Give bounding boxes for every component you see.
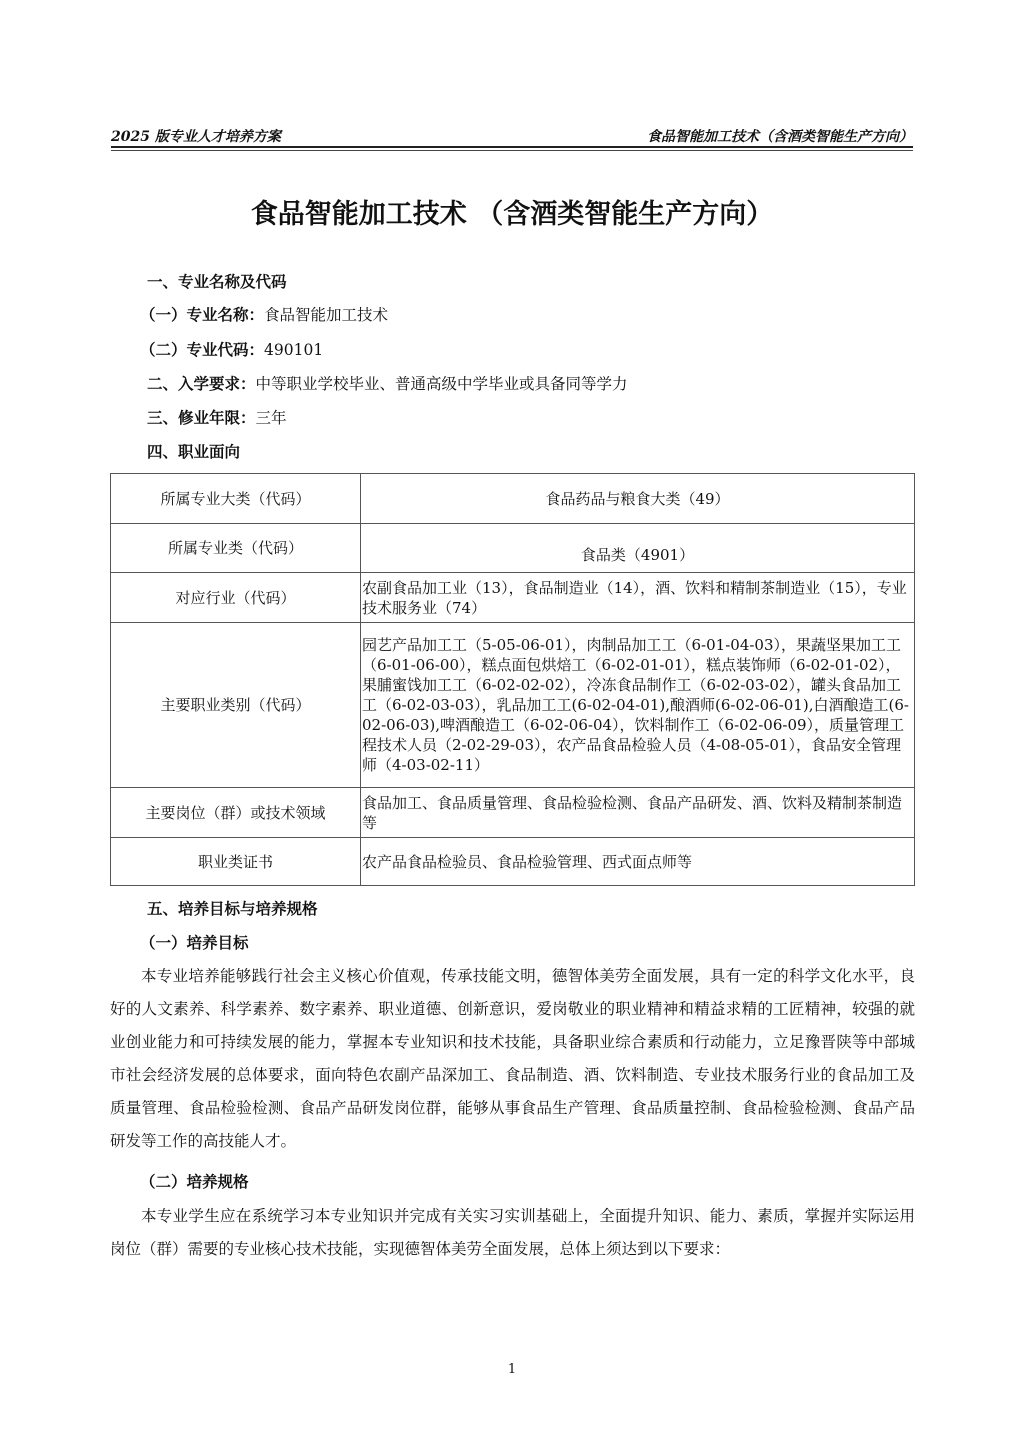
admission-line: 二、入学要求：中等职业学校毕业、普通高级中学毕业或具备同等学力 (147, 372, 628, 394)
row-value: 食品加工、食品质量管理、食品检验检测、食品产品研发、酒、饮料及精制茶制造等 (361, 788, 915, 838)
major-name-line: （一）专业名称：食品智能加工技术 (140, 303, 388, 325)
row-key: 主要岗位（群）或技术领域 (111, 788, 361, 838)
row-value: 农副食品加工业（13），食品制造业（14），酒、饮料和精制茶制造业（15），专业… (361, 573, 915, 623)
section-4-heading: 四、职业面向 (147, 440, 240, 462)
subsection-goal-heading: （一）培养目标 (140, 931, 249, 953)
section-1-heading: 一、专业名称及代码 (147, 270, 287, 292)
row-value: 食品药品与粮食大类（49） (361, 474, 915, 524)
spec-paragraph: 本专业学生应在系统学习本专业知识并完成有关实习实训基础上，全面提升知识、能力、素… (110, 1200, 915, 1266)
row-value: 食品类（4901） (361, 524, 915, 573)
table-row: 主要岗位（群）或技术领域 食品加工、食品质量管理、食品检验检测、食品产品研发、酒… (111, 788, 915, 838)
row-value: 园艺产品加工工（5-05-06-01），肉制品加工工（6-01-04-03），果… (361, 623, 915, 788)
subsection-spec-heading: （二）培养规格 (140, 1170, 249, 1192)
goal-paragraph: 本专业培养能够践行社会主义核心价值观，传承技能文明，德智体美劳全面发展，具有一定… (110, 960, 915, 1158)
row-key: 职业类证书 (111, 838, 361, 886)
row-key: 对应行业（代码） (111, 573, 361, 623)
table-row: 主要职业类别（代码） 园艺产品加工工（5-05-06-01），肉制品加工工（6-… (111, 623, 915, 788)
table-row: 所属专业类（代码） 食品类（4901） (111, 524, 915, 573)
duration-line: 三、修业年限：三年 (147, 406, 287, 428)
table-row: 所属专业大类（代码） 食品药品与粮食大类（49） (111, 474, 915, 524)
major-code-line: （二）专业代码：490101 (140, 338, 323, 360)
header-right: 食品智能加工技术（含酒类智能生产方向） (647, 126, 913, 146)
row-key: 主要职业类别（代码） (111, 623, 361, 788)
row-value: 农产品食品检验员、食品检验管理、西式面点师等 (361, 838, 915, 886)
table-row: 对应行业（代码） 农副食品加工业（13），食品制造业（14），酒、饮料和精制茶制… (111, 573, 915, 623)
career-orientation-table: 所属专业大类（代码） 食品药品与粮食大类（49） 所属专业类（代码） 食品类（4… (110, 473, 915, 886)
row-key: 所属专业大类（代码） (111, 474, 361, 524)
page-title: 食品智能加工技术 （含酒类智能生产方向） (0, 192, 1024, 231)
header-left: 2025 版专业人才培养方案 (111, 126, 281, 146)
running-header: 2025 版专业人才培养方案 食品智能加工技术（含酒类智能生产方向） (111, 124, 913, 146)
header-rule (111, 146, 913, 151)
section-5-heading: 五、培养目标与培养规格 (147, 897, 318, 919)
row-key: 所属专业类（代码） (111, 524, 361, 573)
table-row: 职业类证书 农产品食品检验员、食品检验管理、西式面点师等 (111, 838, 915, 886)
page-number: 1 (0, 1362, 1024, 1377)
